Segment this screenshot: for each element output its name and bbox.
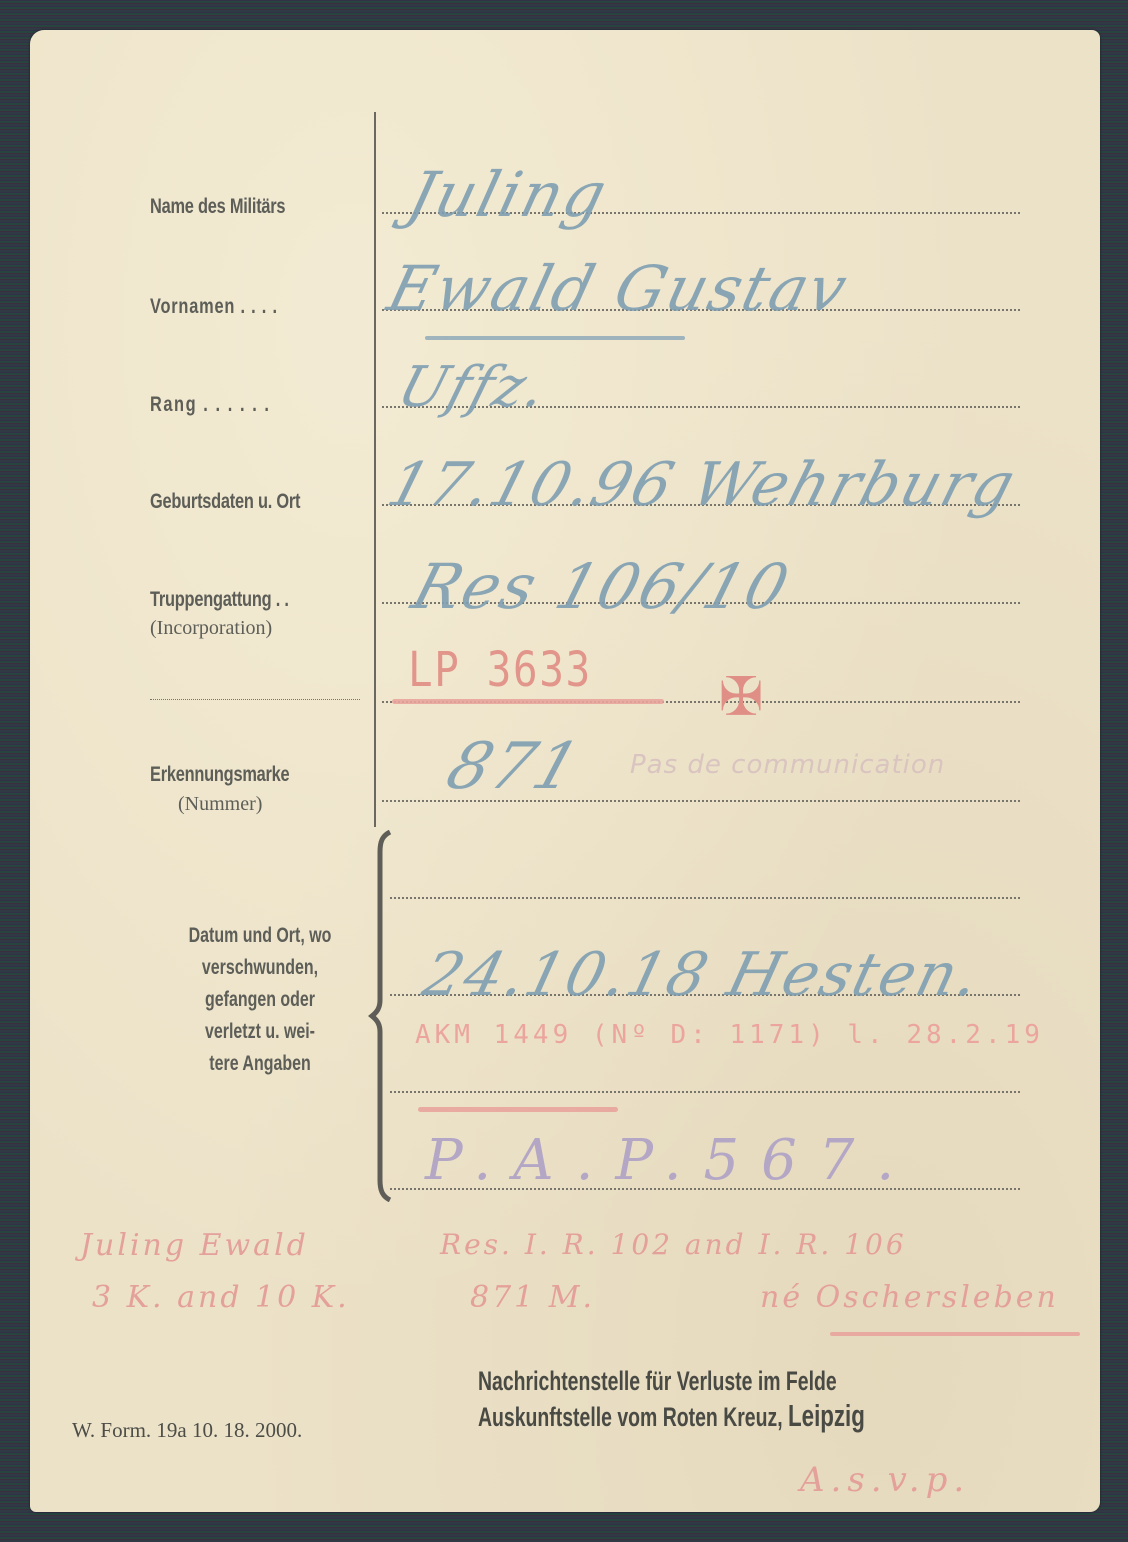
index-card: Name des Militärs Vornamen . . . . Rang …: [30, 30, 1100, 1512]
value-incident: 24.10.18 Hesten.: [416, 940, 988, 1010]
label-rank: Rang . . . . . .: [150, 393, 271, 417]
note-akm: AKM 1449 (Nº D: 1171) l. 28.2.19: [415, 1020, 1044, 1050]
note-akm-underline: [418, 1107, 618, 1112]
form-number: W. Form. 19a 10. 18. 2000.: [72, 1418, 302, 1443]
org-name-line-2: Auskunftstelle vom Roten Kreuz, Leipzig: [478, 1400, 865, 1433]
label-id-tag-sub: (Nummer): [178, 793, 262, 816]
incident-line-1: Datum und Ort, wo: [161, 920, 359, 952]
stamp-faint-text: Pas de communication: [630, 750, 945, 780]
separator-dotted: [150, 699, 360, 700]
stamp-lp-number: LP 3633: [408, 642, 592, 698]
label-birth: Geburtsdaten u. Ort: [150, 490, 300, 514]
annotation-initials: A.s.v.p.: [800, 1460, 970, 1500]
org-city: Leipzig: [788, 1398, 865, 1433]
value-id-tag: 871: [438, 730, 590, 804]
incident-line-2: verschwunden,: [161, 952, 359, 984]
stamp-lp-underline: [392, 699, 664, 704]
incident-line-4: verletzt u. wei-: [161, 1016, 359, 1048]
annotation-company: 3 K. and 10 K.: [92, 1280, 350, 1315]
value-birth: 17.10.96 Wehrburg: [380, 450, 1024, 520]
label-unit-sub: (Incorporation): [150, 617, 272, 640]
value-name: Juling: [401, 158, 615, 231]
annotation-name: Juling Ewald: [80, 1228, 309, 1263]
note-purple: P.A.P.567.: [425, 1128, 916, 1193]
stamp-cross-icon: ✠: [720, 650, 762, 732]
annotation-regiment: Res. I. R. 102 and I. R. 106: [440, 1228, 907, 1261]
annotation-birthplace-underline: [830, 1332, 1080, 1336]
annotation-birthplace: né Oschersleben: [760, 1280, 1059, 1315]
value-first-names: Ewald Gustav: [381, 252, 856, 325]
value-unit: Res 106/10: [405, 550, 799, 623]
org-name-line-1: Nachrichtenstelle für Verluste im Felde: [478, 1365, 837, 1397]
first-names-underline: [425, 336, 685, 340]
line-incident-3: [390, 1091, 1020, 1093]
column-divider: [374, 112, 376, 827]
incident-line-3: gefangen oder: [161, 984, 359, 1016]
brace-icon: [368, 830, 398, 1202]
org-name-line-2-text: Auskunftstelle vom Roten Kreuz,: [478, 1402, 783, 1432]
incident-line-5: tere Angaben: [161, 1048, 359, 1080]
label-name: Name des Militärs: [150, 195, 285, 219]
label-first-names: Vornamen . . . .: [150, 295, 278, 319]
label-unit: Truppengattung . .: [150, 588, 289, 612]
label-id-tag: Erkennungsmarke: [150, 763, 289, 787]
annotation-number: 871 M.: [470, 1280, 595, 1315]
value-rank: Uffz.: [391, 355, 556, 420]
label-incident: Datum und Ort, wo verschwunden, gefangen…: [130, 920, 390, 1080]
line-incident-1: [390, 897, 1020, 899]
